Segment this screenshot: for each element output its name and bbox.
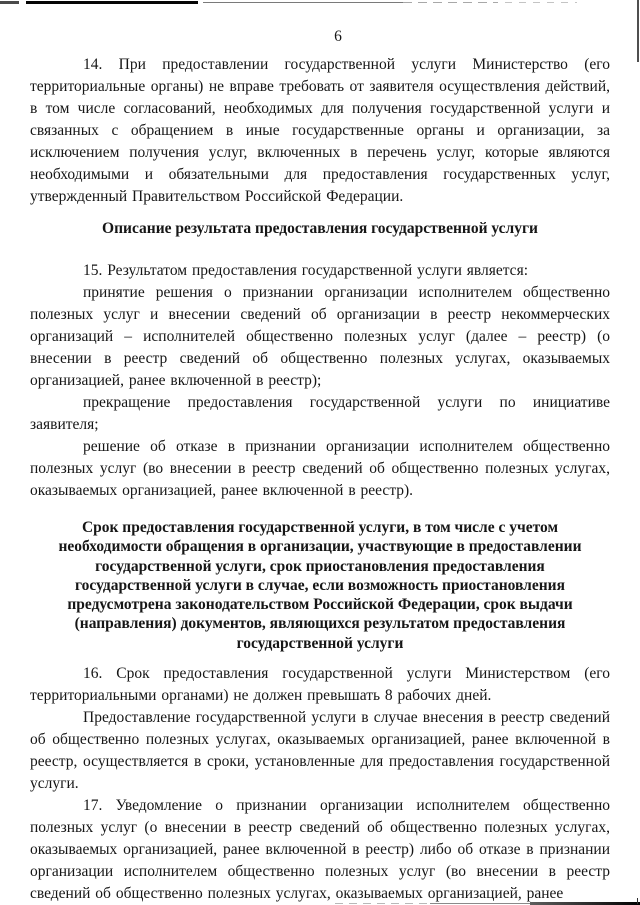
- scan-artifact-top-line: [0, 1, 19, 4]
- paragraph-15-item: принятие решения о признании организации…: [30, 282, 610, 392]
- scan-artifact-top-line: [26, 1, 198, 4]
- section-heading-service-term: Срок предоставления государственной услу…: [30, 518, 610, 653]
- paragraph-16b: Предоставление государственной услуги в …: [30, 707, 610, 795]
- scan-artifact-top-line: [403, 2, 498, 4]
- scan-artifact-top-line: [203, 2, 403, 4]
- paragraph-14: 14. При предоставлении государственной у…: [30, 54, 610, 208]
- section-heading-result-description: Описание результата предоставления госуд…: [30, 218, 610, 240]
- scan-artifact-top-line: [505, 2, 577, 4]
- scan-artifact-bottom-corner: [637, 898, 639, 904]
- scan-artifact-right-edge: [637, 0, 639, 62]
- document-page: 6 14. При предоставлении государственной…: [0, 0, 640, 905]
- paragraph-15-item: прекращение предоставления государственн…: [30, 392, 610, 436]
- page-number: 6: [48, 26, 628, 48]
- paragraph-15-item: решение об отказе в признании организаци…: [30, 436, 610, 502]
- paragraph-15-intro: 15. Результатом предоставления государст…: [30, 260, 610, 282]
- page-content: 6 14. При предоставлении государственной…: [30, 26, 610, 905]
- paragraph-17-truncated: 17. Уведомление о признании организации …: [30, 795, 610, 905]
- paragraph-16: 16. Срок предоставления государственной …: [30, 663, 610, 707]
